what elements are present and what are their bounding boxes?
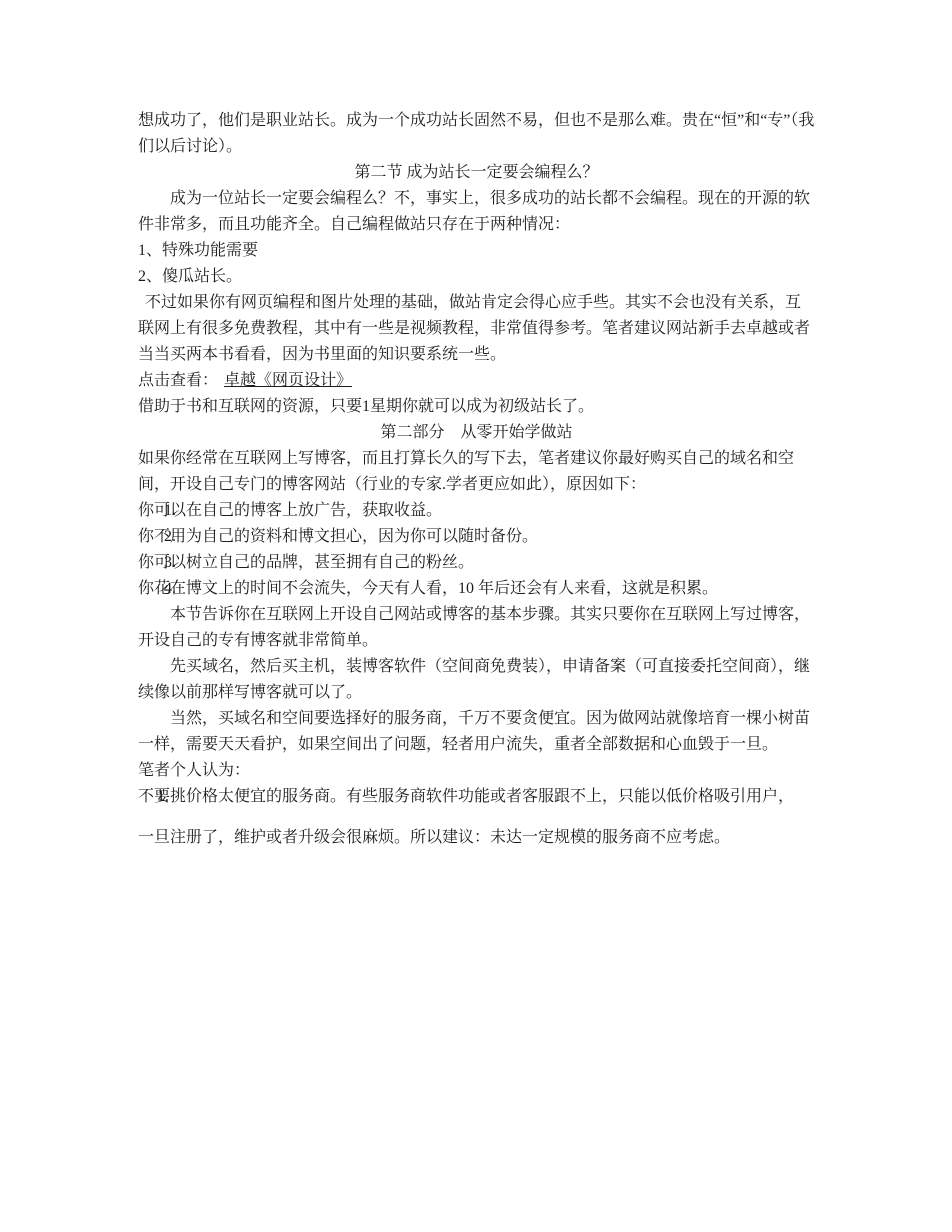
reason-text: 你不用为自己的资料和博文担心，因为你可以随时备份。 — [138, 528, 538, 545]
paragraph-intro-tail: 想成功了，他们是职业站长。成为一个成功站长固然不易，但也不是那么难。贵在“恒”和… — [138, 108, 815, 160]
advice-list: 1. 不要挑价格太便宜的服务商。有些服务商软件功能或者客服跟不上，只能以低价格吸… — [138, 784, 815, 851]
paragraph-programming-question: 成为一位站长一定要会编程么？不，事实上，很多成功的站长都不会编程。现在的开源的软… — [138, 186, 815, 238]
link-label: 点击查看： — [138, 372, 218, 389]
reason-number: 2. — [164, 524, 176, 550]
reason-item-brand: 3. 你可以树立自己的品牌，甚至拥有自己的粉丝。 — [138, 550, 815, 576]
reason-text: 你花在博文上的时间不会流失，今天有人看，10 年后还会有人来看，这就是积累。 — [138, 580, 718, 597]
paragraph-one-week: 借助于书和互联网的资源，只要1星期你就可以成为初级站长了。 — [138, 394, 815, 420]
link-line: 点击查看：卓越《网页设计》 — [138, 368, 815, 394]
reason-number: 3. — [164, 550, 176, 576]
reason-text: 你可以在自己的博客上放广告，获取收益。 — [138, 502, 442, 519]
reason-number: 1. — [164, 498, 176, 524]
paragraph-setup-steps: 先买域名，然后买主机，装博客软件（空间商免费装），申请备案（可直接委托空间商），… — [138, 654, 815, 706]
paragraph-basic-steps-intro: 本节告诉你在互联网上开设自己网站或博客的基本步骤。其实只要你在互联网上写过博客，… — [138, 602, 815, 654]
paragraph-provider-warning: 当然，买域名和空间要选择好的服务商，千万不要贪便宜。因为做网站就像培育一棵小树苗… — [138, 706, 815, 758]
document-page: 想成功了，他们是职业站长。成为一个成功站长固然不易，但也不是那么难。贵在“恒”和… — [0, 0, 952, 1232]
paragraph-learning-resources: 不过如果你有网页编程和图片处理的基础，做站肯定会得心应手些。其实不会也没有关系，… — [138, 290, 815, 368]
advice-line-1: 不要挑价格太便宜的服务商。有些服务商软件功能或者客服跟不上，只能以低价格吸引用户… — [138, 784, 815, 810]
advice-number: 1. — [157, 784, 169, 810]
case-item-novice-webmaster: 2、傻瓜站长。 — [138, 264, 815, 290]
book-webdesign-link[interactable]: 卓越《网页设计》 — [224, 372, 352, 389]
reason-list: 1. 你可以在自己的博客上放广告，获取收益。 2. 你不用为自己的资料和博文担心… — [138, 498, 815, 602]
advice-item-cheap-provider: 1. 不要挑价格太便宜的服务商。有些服务商软件功能或者客服跟不上，只能以低价格吸… — [138, 784, 815, 851]
reason-number: 4. — [164, 576, 176, 602]
reason-text: 你可以树立自己的品牌，甚至拥有自己的粉丝。 — [138, 554, 474, 571]
paragraph-blog-domain-advice: 如果你经常在互联网上写博客，而且打算长久的写下去，笔者建议你最好购买自己的域名和… — [138, 446, 815, 498]
heading-part2: 第二部分 从零开始学做站 — [138, 420, 815, 446]
advice-line-2: 一旦注册了，维护或者升级会很麻烦。所以建议：未达一定规模的服务商不应考虑。 — [138, 825, 815, 851]
advice-text: 不要挑价格太便宜的服务商。有些服务商软件功能或者客服跟不上，只能以低价格吸引用户… — [138, 784, 815, 851]
reason-item-ads: 1. 你可以在自己的博客上放广告，获取收益。 — [138, 498, 815, 524]
case-item-special-needs: 1、特殊功能需要 — [138, 238, 815, 264]
reason-item-backup: 2. 你不用为自己的资料和博文担心，因为你可以随时备份。 — [138, 524, 815, 550]
heading-section2: 第二节 成为站长一定要会编程么？ — [138, 160, 815, 186]
reason-item-accumulation: 4. 你花在博文上的时间不会流失，今天有人看，10 年后还会有人来看，这就是积累… — [138, 576, 815, 602]
opinion-label: 笔者个人认为： — [138, 758, 815, 784]
case-list: 1、特殊功能需要 2、傻瓜站长。 — [138, 238, 815, 290]
